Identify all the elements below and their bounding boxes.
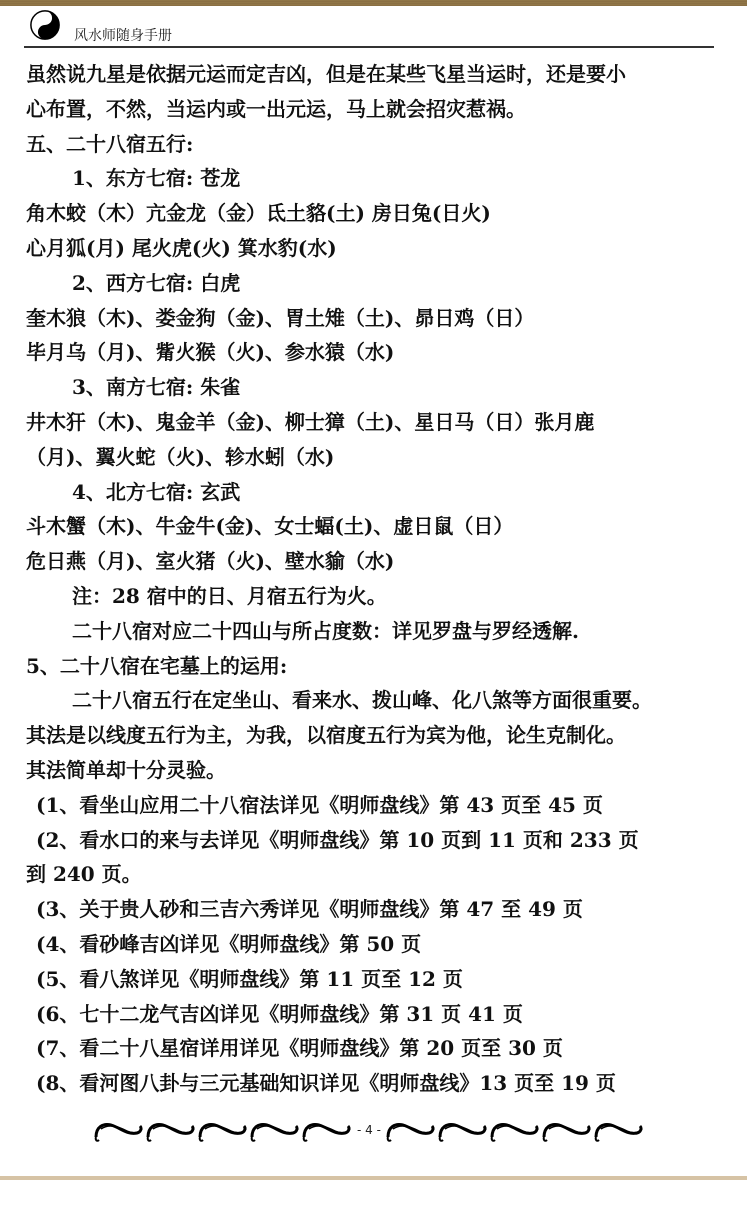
text-line: 毕月乌（月)、觜火猴（火)、参水猿（水) bbox=[26, 335, 726, 370]
wave-ornament-icon bbox=[489, 1117, 541, 1143]
wave-ornament-icon bbox=[385, 1117, 437, 1143]
text-line: 到 240 页。 bbox=[26, 857, 726, 892]
text-line: 角木蛟（木）亢金龙（金）氐土貉(土) 房日兔(日火) bbox=[26, 196, 726, 231]
wave-ornament-icon bbox=[93, 1117, 145, 1143]
text-line: 1、东方七宿: 苍龙 bbox=[26, 161, 726, 196]
text-line: 二十八宿对应二十四山与所占度数：详见罗盘与罗经透解. bbox=[26, 614, 726, 649]
document-body: 虽然说九星是依据元运而定吉凶，但是在某些飞星当运时，还是要小心布置，不然，当运内… bbox=[26, 57, 726, 1101]
text-line: 危日燕（月)、室火猪（火)、壁水貐（水) bbox=[26, 544, 726, 579]
page-footer: - 4 - bbox=[84, 1115, 654, 1145]
text-line: (7、看二十八星宿详用详见《明师盘线》第 20 页至 30 页 bbox=[26, 1031, 726, 1066]
wave-ornament-icon bbox=[249, 1117, 301, 1143]
wave-ornament-icon bbox=[197, 1117, 249, 1143]
text-line: 其法简单却十分灵验。 bbox=[26, 753, 726, 788]
text-line: (2、看水口的来与去详见《明师盘线》第 10 页到 11 页和 233 页 bbox=[26, 823, 726, 858]
text-line: （月)、翼火蛇（火)、轸水蚓（水) bbox=[26, 440, 726, 475]
text-line: 二十八宿五行在定坐山、看来水、拨山峰、化八煞等方面很重要。 bbox=[26, 683, 726, 718]
text-line: (3、关于贵人砂和三吉六秀详见《明师盘线》第 47 至 49 页 bbox=[26, 892, 726, 927]
text-line: 4、北方七宿: 玄武 bbox=[26, 475, 726, 510]
text-line: 五、二十八宿五行: bbox=[26, 127, 726, 162]
text-line: (1、看坐山应用二十八宿法详见《明师盘线》第 43 页至 45 页 bbox=[26, 788, 726, 823]
wave-ornament-icon bbox=[437, 1117, 489, 1143]
top-border bbox=[0, 0, 747, 6]
text-line: 5、二十八宿在宅墓上的运用: bbox=[26, 649, 726, 684]
text-line: 心月狐(月) 尾火虎(火) 箕水豹(水) bbox=[26, 231, 726, 266]
text-line: (8、看河图八卦与三元基础知识详见《明师盘线》13 页至 19 页 bbox=[26, 1066, 726, 1101]
yin-yang-icon bbox=[30, 10, 60, 40]
bottom-border bbox=[0, 1176, 747, 1180]
text-line: 虽然说九星是依据元运而定吉凶，但是在某些飞星当运时，还是要小 bbox=[26, 57, 726, 92]
wave-ornament-icon bbox=[593, 1117, 645, 1143]
text-line: 奎木狼（木)、娄金狗（金)、胃土雉（土)、昴日鸡（日） bbox=[26, 301, 726, 336]
page-header: 风水师随身手册 bbox=[24, 8, 714, 48]
wave-ornament-icon bbox=[301, 1117, 353, 1143]
wave-ornament-icon bbox=[145, 1117, 197, 1143]
text-line: 斗木蟹（木)、牛金牛(金)、女士蝠(土)、虚日鼠（日） bbox=[26, 509, 726, 544]
wave-ornament-icon bbox=[541, 1117, 593, 1143]
text-line: (4、看砂峰吉凶详见《明师盘线》第 50 页 bbox=[26, 927, 726, 962]
text-line: (5、看八煞详见《明师盘线》第 11 页至 12 页 bbox=[26, 962, 726, 997]
text-line: 3、南方七宿: 朱雀 bbox=[26, 370, 726, 405]
header-title: 风水师随身手册 bbox=[74, 25, 172, 45]
text-line: 注：28 宿中的日、月宿五行为火。 bbox=[26, 579, 726, 614]
text-line: 井木犴（木)、鬼金羊（金)、柳士獐（土)、星日马（日）张月鹿 bbox=[26, 405, 726, 440]
page-number: - 4 - bbox=[357, 1123, 381, 1137]
text-line: (6、七十二龙气吉凶详见《明师盘线》第 31 页 41 页 bbox=[26, 997, 726, 1032]
text-line: 心布置，不然，当运内或一出元运，马上就会招灾惹祸。 bbox=[26, 92, 726, 127]
text-line: 2、西方七宿: 白虎 bbox=[26, 266, 726, 301]
text-line: 其法是以线度五行为主，为我，以宿度五行为宾为他，论生克制化。 bbox=[26, 718, 726, 753]
